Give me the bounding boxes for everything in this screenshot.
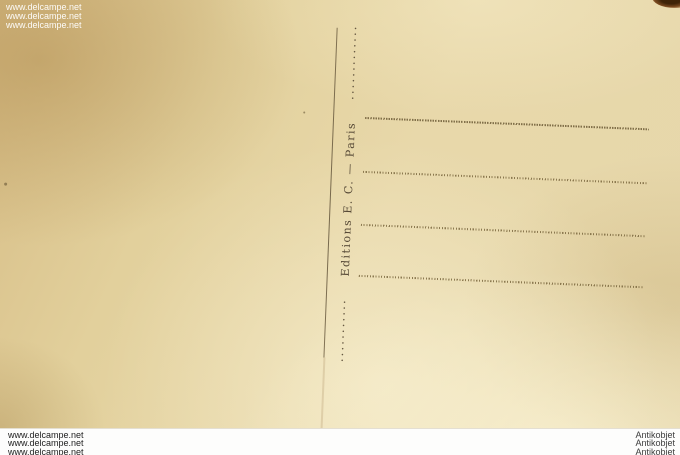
watermark-strip: www.delcampe.net www.delcampe.net www.de… [0, 428, 680, 455]
paper-speck [4, 183, 7, 186]
dotted-leader-top: ············· [345, 24, 362, 100]
postcard-paper: ··········· Editions E. C. — Paris ·····… [0, 0, 680, 428]
publisher-imprint-text: Editions E. C. — Paris [339, 120, 358, 279]
paper-speck [303, 111, 305, 113]
address-line [359, 275, 643, 288]
postcard-back-scan: ··········· Editions E. C. — Paris ·····… [0, 0, 680, 455]
address-line [361, 224, 645, 237]
watermark-bottom-left: www.delcampe.net www.delcampe.net www.de… [8, 431, 84, 455]
address-line [363, 171, 647, 184]
watermark-line: www.delcampe.net [6, 21, 82, 30]
publisher-imprint: ··········· Editions E. C. — Paris ·····… [334, 24, 363, 362]
watermark-bottom-right: Antikobjet Antikobjet Antikobjet [635, 431, 675, 455]
address-line [365, 117, 649, 130]
dotted-leader-bottom: ··········· [335, 298, 352, 362]
watermark-line: www.delcampe.net [8, 448, 84, 455]
corner-stain [652, 0, 680, 8]
watermark-line: Antikobjet [635, 448, 675, 455]
divider-crease [321, 357, 325, 428]
watermark-top-left: www.delcampe.net www.delcampe.net www.de… [6, 3, 82, 30]
printed-card-content: ··········· Editions E. C. — Paris ·····… [0, 0, 680, 428]
